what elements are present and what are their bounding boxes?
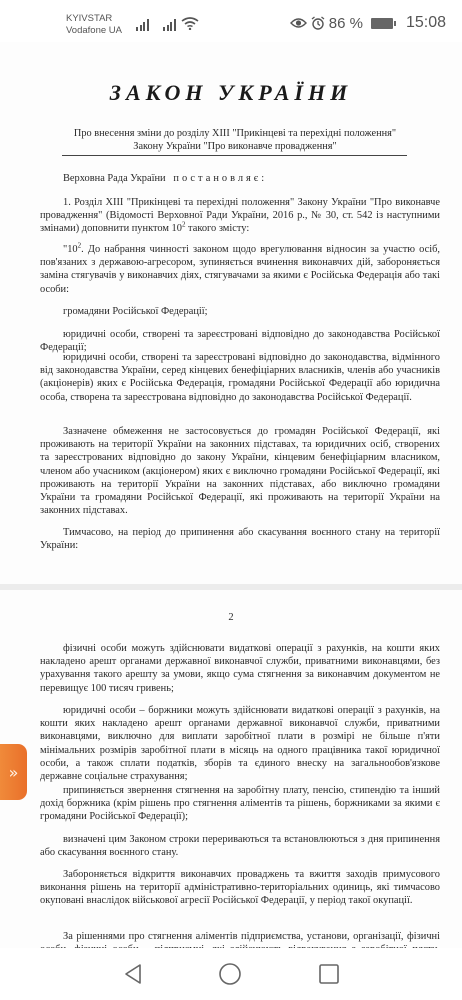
double-chevron-right-icon: » [9, 763, 19, 782]
paragraph-text: "10 [63, 244, 78, 255]
battery-percent: 86 % [329, 15, 363, 32]
eye-icon [290, 17, 307, 29]
signal-icon [136, 19, 149, 31]
paragraph-text: такого змісту: [185, 223, 249, 234]
page-number: 2 [0, 612, 462, 623]
status-bar: KYIVSTAR Vodafone UA 86 % 15:08 [0, 0, 462, 42]
subtitle-divider [62, 155, 407, 156]
battery-icon [371, 18, 396, 29]
paragraph: припиняється звернення стягнення на заро… [40, 784, 440, 824]
home-icon[interactable] [218, 962, 242, 986]
paragraph: фізичні особи можуть здійснювати видатко… [40, 642, 440, 695]
wifi-icon [181, 16, 199, 30]
carrier-2: Vodafone UA [66, 25, 122, 37]
signal-icon [163, 19, 176, 31]
paragraph: визначені цим Законом строки переривають… [40, 833, 440, 859]
paragraph: 1. Розділ XIII "Прикінцеві та перехідні … [40, 196, 440, 236]
carrier-labels: KYIVSTAR Vodafone UA [66, 13, 122, 37]
document-viewer[interactable]: ЗАКОН УКРАЇНИ Про внесення зміни до розд… [0, 42, 462, 960]
resolution-spaced: постановляє: [173, 173, 267, 184]
resolution-lead: Верховна Рада України [63, 173, 166, 184]
law-title: ЗАКОН УКРАЇНИ [0, 80, 462, 106]
paragraph: Зазначене обмеження не застосовується до… [40, 425, 440, 517]
alarm-icon [311, 16, 325, 30]
paragraph: юридичні особи, створені та зареєстрован… [40, 351, 440, 404]
side-panel-toggle-button[interactable]: » [0, 744, 27, 800]
document-page-2: 2 фізичні особи можуть здійснювати видат… [0, 590, 462, 960]
paragraph: юридичні особи – боржники можуть здійсню… [40, 704, 440, 783]
paragraph: громадяни Російської Федерації; [40, 305, 440, 318]
carrier-1: KYIVSTAR [66, 13, 122, 25]
paragraph: "102. До набрання чинності законом щодо … [40, 243, 440, 296]
recent-apps-icon[interactable] [317, 962, 341, 986]
subtitle-line-2: Закону України "Про виконавче провадженн… [60, 140, 410, 153]
navigation-bar [0, 948, 462, 1000]
subtitle-line-1: Про внесення зміни до розділу XIII "Прик… [60, 127, 410, 140]
clock: 15:08 [406, 14, 446, 32]
paragraph-text: . До набрання чинності законом щодо врег… [40, 244, 440, 295]
back-icon[interactable] [121, 962, 145, 986]
status-right: 86 % 15:08 [290, 14, 446, 32]
resolution-line: Верховна Рада України постановляє: [40, 172, 440, 185]
paragraph: Забороняється відкриття виконавчих прова… [40, 868, 440, 908]
document-page-1: ЗАКОН УКРАЇНИ Про внесення зміни до розд… [0, 42, 462, 584]
law-subtitle: Про внесення зміни до розділу XIII "Прик… [60, 127, 410, 153]
paragraph: Тимчасово, на період до припинення або с… [40, 526, 440, 552]
